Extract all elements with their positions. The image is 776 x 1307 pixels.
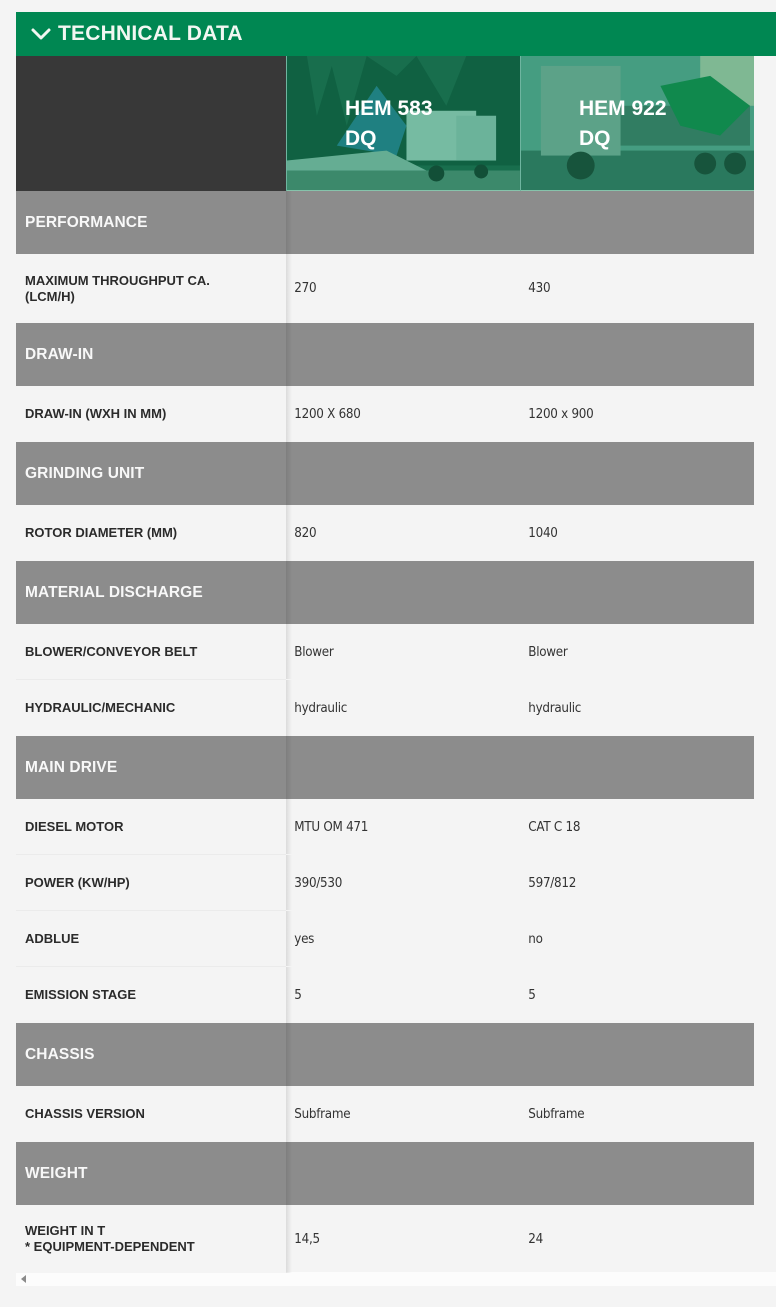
row-value-1: Subframe (286, 1086, 501, 1142)
table-row: ROTOR DIAMETER (MM) 820 1040 (16, 505, 754, 561)
row-value-1: yes (286, 911, 501, 967)
row-label: HYDRAULIC/MECHANIC (16, 680, 286, 736)
row-value-1: Blower (286, 624, 501, 680)
row-label: DIESEL MOTOR (16, 799, 286, 855)
model-column-header-1: HEM 583 DQ (286, 56, 520, 191)
row-value-2: 597/812 (520, 855, 735, 911)
table-header-row: HEM 583 DQ HEM 922 DQ (16, 56, 754, 191)
row-value-1: 5 (286, 967, 501, 1023)
section-title: WEIGHT (16, 1142, 286, 1205)
row-label: ROTOR DIAMETER (MM) (16, 505, 286, 561)
chevron-down-icon (30, 26, 52, 42)
row-label: EMISSION STAGE (16, 967, 286, 1023)
section-material-discharge: MATERIAL DISCHARGE (16, 561, 754, 624)
row-value-2: 430 (520, 254, 735, 323)
table-row: EMISSION STAGE 5 5 (16, 967, 754, 1023)
table-row: BLOWER/CONVEYOR BELT Blower Blower (16, 624, 754, 680)
row-value-2: hydraulic (520, 680, 735, 736)
row-value-1: 1200 X 680 (286, 386, 501, 442)
section-performance: PERFORMANCE (16, 191, 754, 254)
row-value-2: Blower (520, 624, 735, 680)
row-label: DRAW-IN (WXH IN MM) (16, 386, 286, 442)
row-value-1: 820 (286, 505, 501, 561)
model-name-hem-583-dq: HEM 583 DQ (345, 94, 465, 154)
section-draw-in: DRAW-IN (16, 323, 754, 386)
row-value-2: 5 (520, 967, 735, 1023)
row-value-2: no (520, 911, 735, 967)
row-value-1: 14,5 (286, 1205, 501, 1273)
section-chassis: CHASSIS (16, 1023, 754, 1086)
row-value-2: 1040 (520, 505, 735, 561)
model-name-hem-922-dq: HEM 922 DQ (579, 94, 699, 154)
table-row: POWER (KW/HP) 390/530 597/812 (16, 855, 754, 911)
section-title: CHASSIS (16, 1023, 286, 1086)
row-label: MAXIMUM THROUGHPUT CA. (LCM/H) (16, 254, 286, 323)
table-row: DRAW-IN (WXH IN MM) 1200 X 680 1200 x 90… (16, 386, 754, 442)
table-row: DIESEL MOTOR MTU OM 471 CAT C 18 (16, 799, 754, 855)
row-value-1: 270 (286, 254, 501, 323)
row-label: ADBLUE (16, 911, 286, 967)
section-weight: WEIGHT (16, 1142, 754, 1205)
model-column-header-2: HEM 922 DQ (520, 56, 754, 191)
section-title: MAIN DRIVE (16, 736, 286, 799)
section-grinding-unit: GRINDING UNIT (16, 442, 754, 505)
row-value-2: Subframe (520, 1086, 735, 1142)
row-label: BLOWER/CONVEYOR BELT (16, 624, 286, 680)
row-value-2: 24 (520, 1205, 735, 1273)
section-title: MATERIAL DISCHARGE (16, 561, 286, 624)
row-value-2: 1200 x 900 (520, 386, 735, 442)
row-value-1: 390/530 (286, 855, 501, 911)
table-row: ADBLUE yes no (16, 911, 754, 967)
row-value-2: CAT C 18 (520, 799, 735, 855)
row-label: CHASSIS VERSION (16, 1086, 286, 1142)
horizontal-scrollbar[interactable] (16, 1272, 776, 1286)
section-title: GRINDING UNIT (16, 442, 286, 505)
technical-data-accordion-toggle[interactable]: TECHNICAL DATA (16, 12, 776, 56)
table-row: HYDRAULIC/MECHANIC hydraulic hydraulic (16, 680, 754, 736)
section-title: PERFORMANCE (16, 191, 286, 254)
section-main-drive: MAIN DRIVE (16, 736, 754, 799)
table-row: CHASSIS VERSION Subframe Subframe (16, 1086, 754, 1142)
technical-data-table: HEM 583 DQ HEM 922 DQ PE (16, 56, 754, 1273)
row-value-1: MTU OM 471 (286, 799, 501, 855)
table-row: WEIGHT IN T * EQUIPMENT-DEPENDENT 14,5 2… (16, 1205, 754, 1273)
row-label: WEIGHT IN T * EQUIPMENT-DEPENDENT (16, 1205, 286, 1273)
header-corner-cell (16, 56, 286, 191)
row-value-1: hydraulic (286, 680, 501, 736)
table-row: MAXIMUM THROUGHPUT CA. (LCM/H) 270 430 (16, 254, 754, 323)
accordion-title: TECHNICAL DATA (58, 22, 243, 46)
section-title: DRAW-IN (16, 323, 286, 386)
row-label: POWER (KW/HP) (16, 855, 286, 911)
scroll-left-arrow-icon[interactable] (21, 1275, 26, 1283)
